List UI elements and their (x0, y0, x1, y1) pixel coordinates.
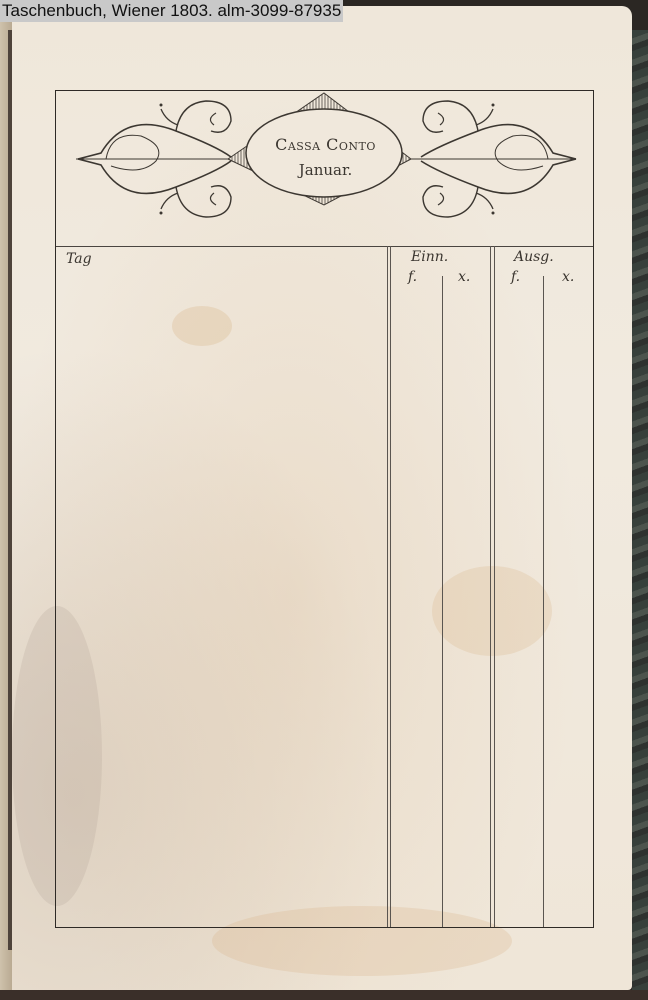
header-divider (56, 246, 593, 247)
cartouche-month: Januar. (66, 161, 585, 179)
column-divider-einn-ausg-double (494, 246, 495, 927)
subcolumn-ausg-kreuzer: x. (562, 269, 574, 285)
subcolumn-ausg-gulden: f. (511, 269, 520, 285)
column-divider-ausg-fx (543, 276, 544, 927)
cartouche-header: Cassa Conto Januar. (66, 91, 585, 246)
ledger-frame: Cassa Conto Januar. Tag Einn. Ausg. f. x… (55, 90, 594, 928)
subcolumn-einn-gulden: f. (408, 269, 417, 285)
book-bottom-edge (0, 990, 648, 1000)
column-divider-einn-fx (442, 276, 443, 927)
cartouche-title: Cassa Conto (66, 135, 585, 154)
marbled-cover-edge (632, 30, 648, 1000)
image-caption: Taschenbuch, Wiener 1803. alm-3099-87935 (0, 0, 343, 22)
column-header-einnahmen: Einn. (411, 249, 448, 265)
column-divider-tag-einn (387, 246, 388, 927)
column-header-ausgaben: Ausg. (514, 249, 554, 265)
column-divider-tag-einn-double (390, 246, 391, 927)
column-divider-einn-ausg (490, 246, 491, 927)
subcolumn-einn-kreuzer: x. (458, 269, 470, 285)
column-header-tag: Tag (66, 251, 92, 267)
